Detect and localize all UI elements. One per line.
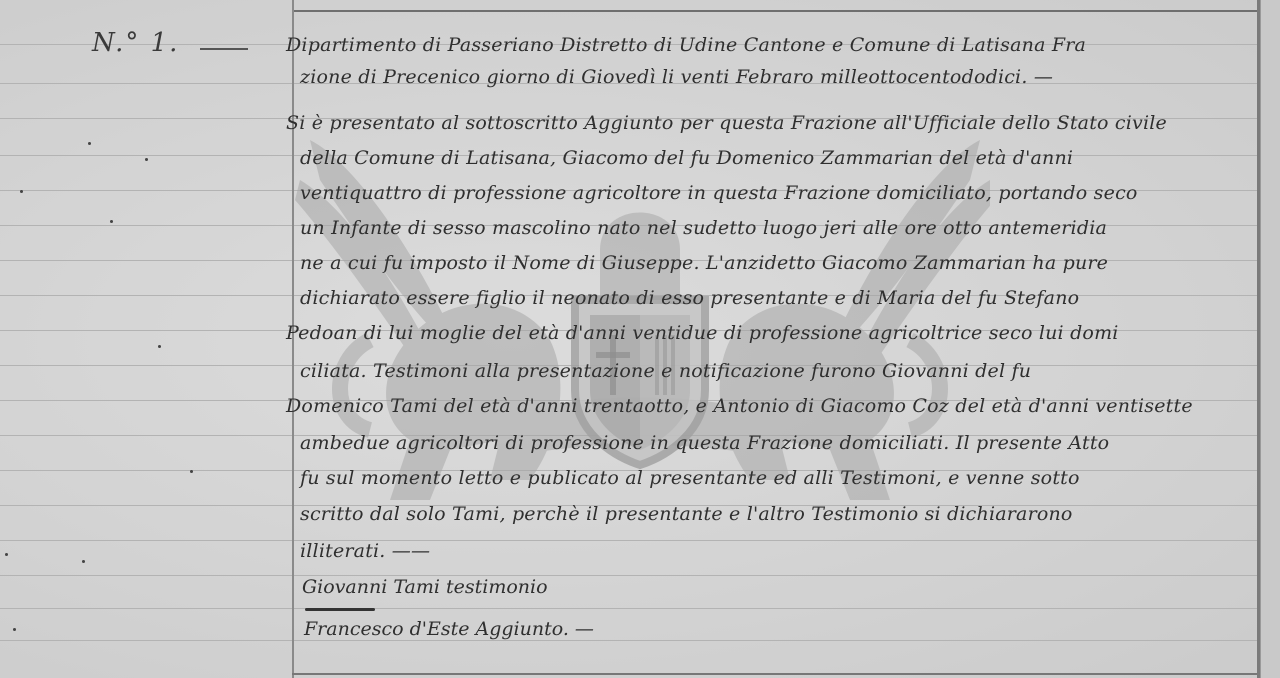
scan-speck (190, 470, 193, 473)
record-text-line: della Comune di Latisana, Giacomo del fu… (300, 147, 1250, 169)
record-text-line: Si è presentato al sottoscritto Aggiunto… (286, 112, 1236, 134)
record-separator-line (292, 10, 1257, 12)
record-text-line: un Infante di sesso mascolino nato nel s… (300, 217, 1250, 239)
scanned-document-page: N.° 1. Dipartimento di Passeriano Distre… (0, 0, 1280, 678)
record-text-line: zione di Precenico giorno di Giovedì li … (300, 66, 1250, 88)
scan-speck (158, 345, 161, 348)
signature-flourish (305, 608, 375, 611)
scan-speck (20, 190, 23, 193)
record-text-line: ne a cui fu imposto il Nome di Giuseppe.… (300, 252, 1250, 274)
scan-speck (145, 158, 148, 161)
record-text-line: fu sul momento letto e publicato al pres… (300, 467, 1250, 489)
page-edge (1260, 0, 1280, 678)
record-text-line: ciliata. Testimoni alla presentazione e … (300, 360, 1250, 382)
record-text-line: ventiquattro di professione agricoltore … (300, 182, 1250, 204)
scan-speck (13, 628, 16, 631)
record-text-line: scritto dal solo Tami, perchè il present… (300, 503, 1250, 525)
ruled-line (0, 640, 1262, 641)
record-text-line: illiterati. —— (300, 540, 1250, 562)
record-text-line: Pedoan di lui moglie del età d'anni vent… (286, 322, 1236, 344)
ruled-line (0, 608, 1262, 609)
record-number-dash (200, 48, 248, 50)
record-text-line: Dipartimento di Passeriano Distretto di … (286, 34, 1236, 56)
scan-speck (5, 553, 8, 556)
scan-speck (110, 220, 113, 223)
record-number: N.° 1. (92, 28, 179, 58)
record-text-line: dichiarato essere figlio il neonato di e… (300, 287, 1250, 309)
witness-signature: Giovanni Tami testimonio (302, 576, 548, 598)
scan-speck (88, 142, 91, 145)
record-text-line: Domenico Tami del età d'anni trentaotto,… (286, 395, 1236, 417)
record-text-line: ambedue agricoltori di professione in qu… (300, 432, 1250, 454)
record-separator-line-bottom (292, 673, 1257, 675)
official-signature: Francesco d'Este Aggiunto. — (304, 618, 594, 640)
ruled-line (0, 575, 1262, 576)
scan-speck (82, 560, 85, 563)
